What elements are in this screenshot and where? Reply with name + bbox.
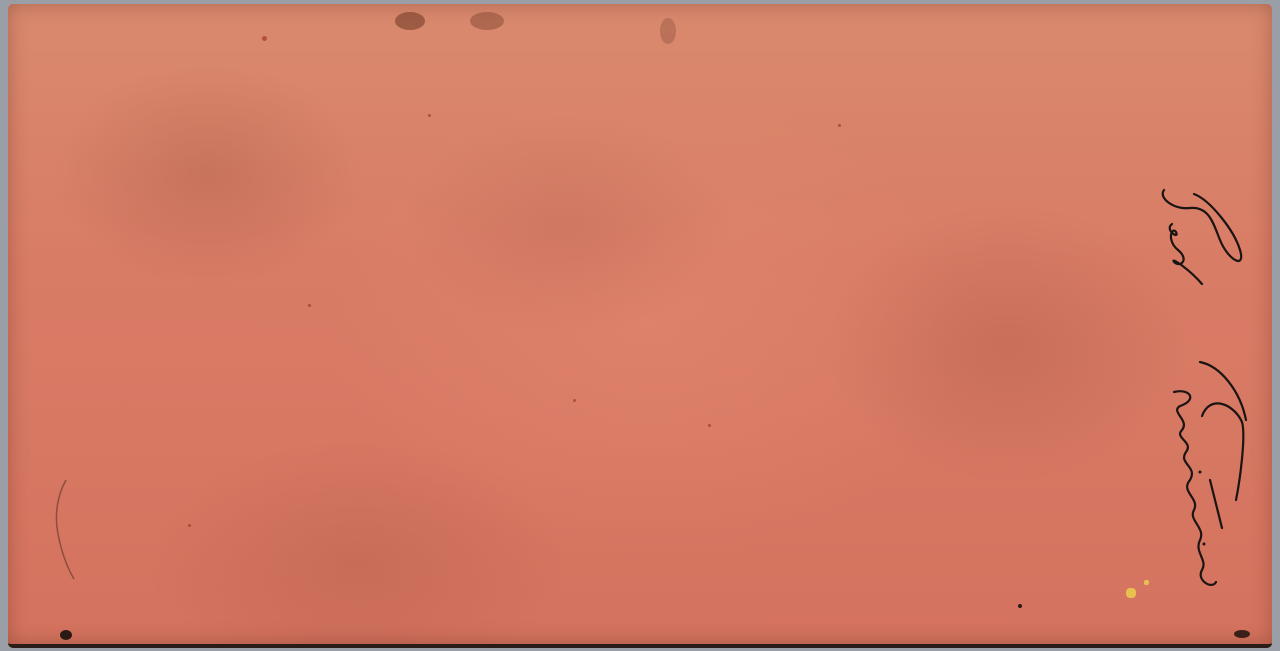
stain-bottom-left (60, 630, 72, 640)
stain-top-2 (470, 12, 504, 30)
stain-top-3 (660, 18, 676, 44)
cursive-text-graphic (1150, 180, 1250, 600)
stain-bottom-right (1234, 630, 1250, 638)
stain-top-1 (395, 12, 425, 30)
stereoview-card-back (8, 4, 1272, 648)
gold-fleck-small (1144, 580, 1149, 585)
gold-fleck (1126, 588, 1136, 598)
faint-pencil-mark (48, 474, 88, 584)
handwritten-inscription: Les Tuileries (1150, 180, 1250, 600)
